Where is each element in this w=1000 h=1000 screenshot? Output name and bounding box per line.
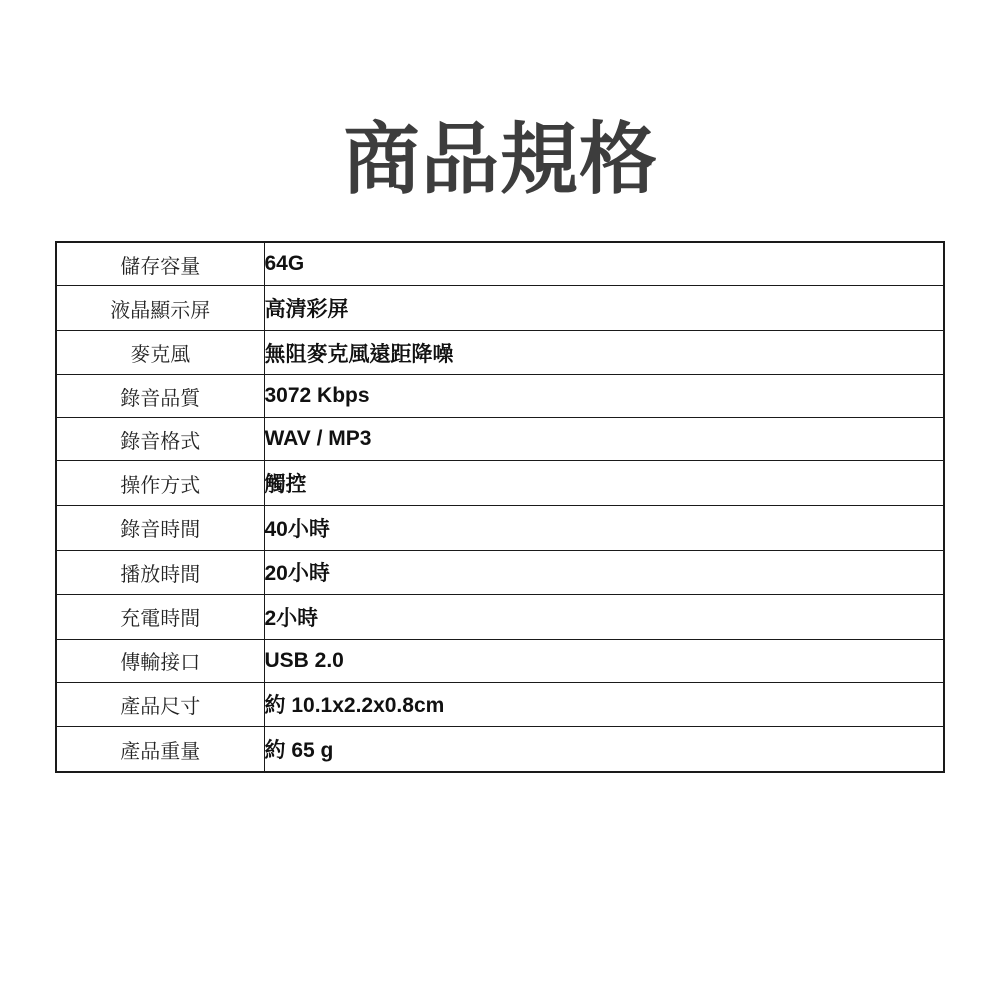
spec-table-row: 產品尺寸 約 10.1x2.2x0.8cm xyxy=(56,682,944,727)
spec-table-row: 液晶顯示屏 高清彩屏 xyxy=(56,286,944,331)
page-title: 商品規格 xyxy=(0,116,1000,203)
spec-label: 錄音品質 xyxy=(56,375,264,418)
spec-value: 64G xyxy=(264,242,944,286)
spec-label: 傳輸接口 xyxy=(56,639,264,682)
spec-value: 2小時 xyxy=(264,595,944,640)
spec-table-row: 操作方式 觸控 xyxy=(56,461,944,506)
spec-table-row: 錄音品質 3072 Kbps xyxy=(56,375,944,418)
spec-value: 3072 Kbps xyxy=(264,375,944,418)
spec-value: USB 2.0 xyxy=(264,639,944,682)
spec-table-row: 麥克風 無阻麥克風遠距降噪 xyxy=(56,330,944,375)
spec-value: 40小時 xyxy=(264,506,944,551)
spec-table-row: 產品重量 約 65 g xyxy=(56,727,944,772)
spec-label: 錄音時間 xyxy=(56,506,264,551)
spec-table-row: 播放時間 20小時 xyxy=(56,550,944,595)
spec-table-row: 儲存容量 64G xyxy=(56,242,944,286)
spec-value: 高清彩屏 xyxy=(264,286,944,331)
spec-table-row: 錄音格式 WAV / MP3 xyxy=(56,418,944,461)
spec-label: 產品重量 xyxy=(56,727,264,772)
spec-label: 液晶顯示屏 xyxy=(56,286,264,331)
spec-table-row: 充電時間 2小時 xyxy=(56,595,944,640)
spec-table-row: 錄音時間 40小時 xyxy=(56,506,944,551)
spec-label: 錄音格式 xyxy=(56,418,264,461)
spec-label: 麥克風 xyxy=(56,330,264,375)
spec-table-row: 傳輸接口 USB 2.0 xyxy=(56,639,944,682)
spec-value: 20小時 xyxy=(264,550,944,595)
spec-value: WAV / MP3 xyxy=(264,418,944,461)
spec-table-body: 儲存容量 64G 液晶顯示屏 高清彩屏 麥克風 無阻麥克風遠距降噪 錄音品質 3… xyxy=(56,242,944,772)
spec-value: 約 10.1x2.2x0.8cm xyxy=(264,682,944,727)
spec-label: 充電時間 xyxy=(56,595,264,640)
spec-label: 產品尺寸 xyxy=(56,682,264,727)
spec-label: 播放時間 xyxy=(56,550,264,595)
spec-value: 約 65 g xyxy=(264,727,944,772)
spec-value: 無阻麥克風遠距降噪 xyxy=(264,330,944,375)
spec-label: 儲存容量 xyxy=(56,242,264,286)
spec-label: 操作方式 xyxy=(56,461,264,506)
spec-value: 觸控 xyxy=(264,461,944,506)
spec-table: 儲存容量 64G 液晶顯示屏 高清彩屏 麥克風 無阻麥克風遠距降噪 錄音品質 3… xyxy=(55,241,945,773)
